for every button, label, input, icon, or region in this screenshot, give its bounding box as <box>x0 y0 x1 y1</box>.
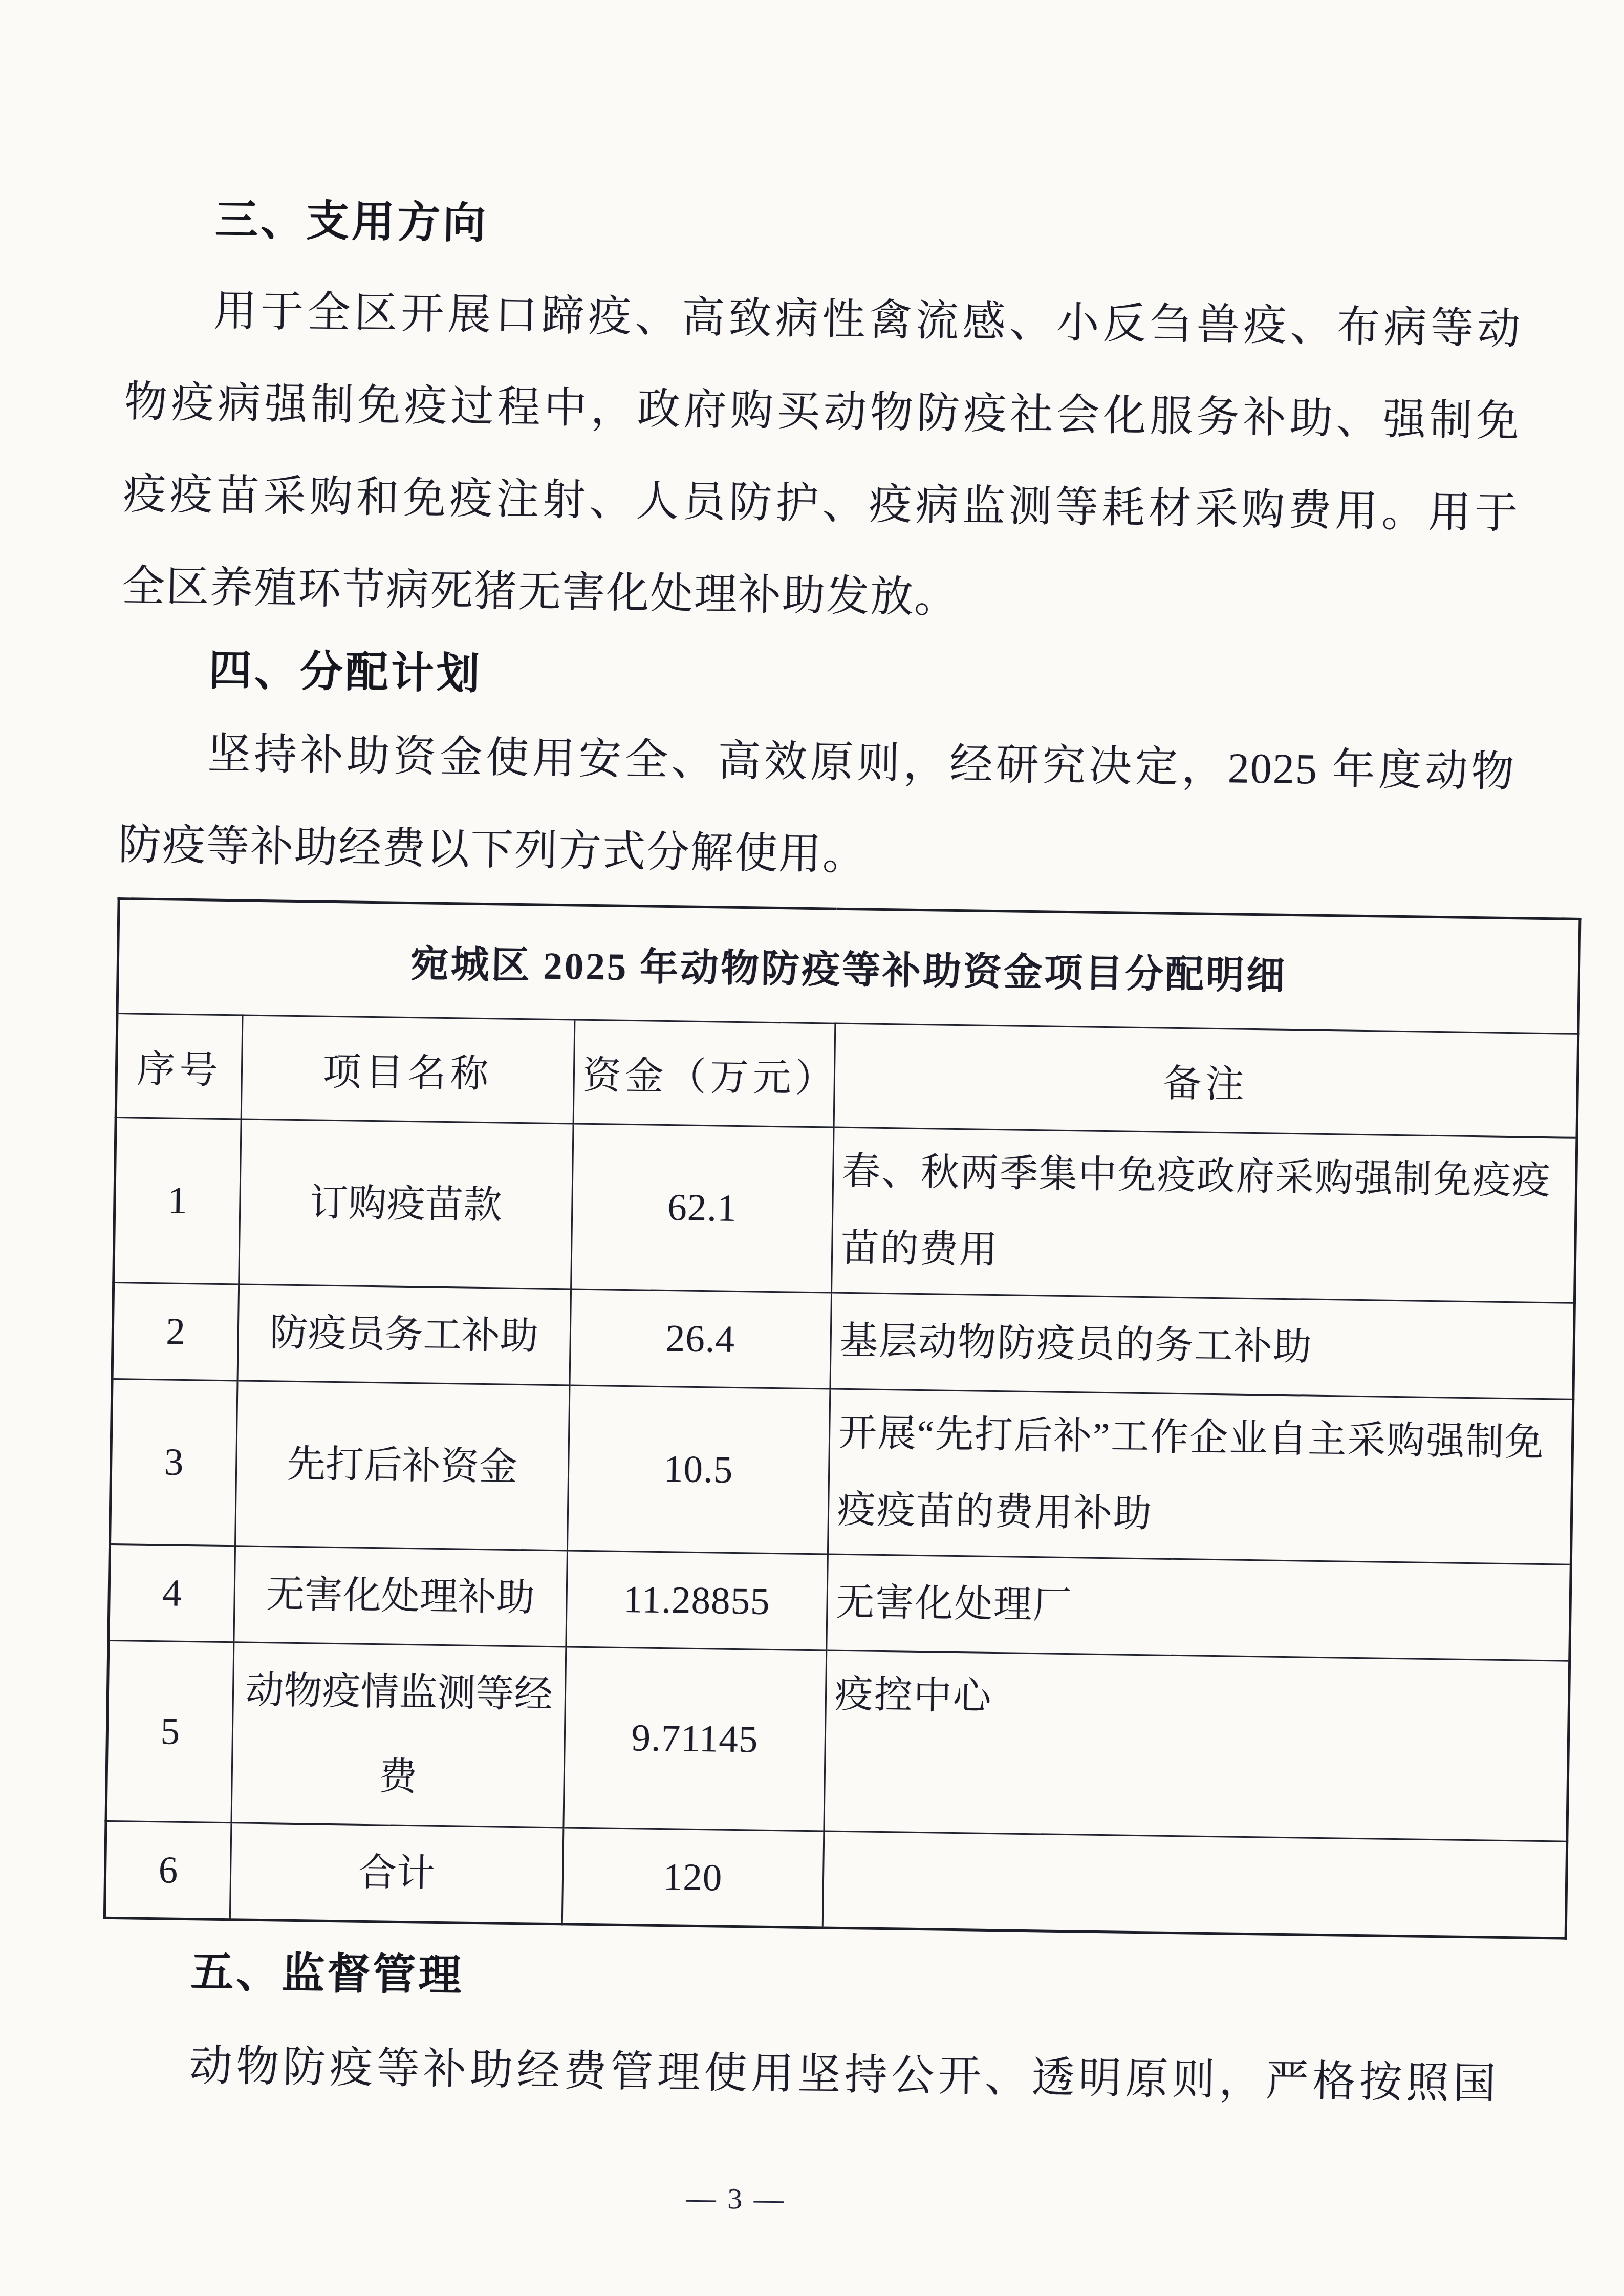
row-no: 2 <box>112 1282 239 1380</box>
paragraph-line: 防疫等补助经费以下列方式分解使用。 <box>118 799 1514 911</box>
row-amount: 10.5 <box>567 1385 830 1554</box>
row-no: 6 <box>104 1821 231 1919</box>
row-amount: 11.28855 <box>566 1551 828 1650</box>
column-header-no: 序号 <box>116 1014 242 1119</box>
table-header-row: 序号 项目名称 资金（万元） 备注 <box>116 1014 1578 1138</box>
allocation-table: 宛城区 2025 年动物防疫等补助资金项目分配明细 序号 项目名称 资金（万元）… <box>103 897 1582 1940</box>
paragraph-line: 动物防疫等补助经费管理使用坚持公开、透明原则，严格按照国 <box>101 2019 1498 2131</box>
row-no: 1 <box>114 1118 241 1284</box>
table-row: 6 合计 120 <box>104 1821 1567 1938</box>
table-title: 宛城区 2025 年动物防疫等补助资金项目分配明细 <box>117 899 1580 1034</box>
row-project-name: 订购疫苗款 <box>239 1119 573 1289</box>
table-row: 1 订购疫苗款 62.1 春、秋两季集中免疫政府采购强制免疫疫苗的费用 <box>114 1118 1577 1303</box>
row-no: 4 <box>109 1544 235 1642</box>
column-header-amount: 资金（万元） <box>573 1020 835 1127</box>
section5-paragraph: 动物防疫等补助经费管理使用坚持公开、透明原则，严格按照国 <box>101 2019 1498 2131</box>
row-project-name: 先打后补资金 <box>235 1381 569 1551</box>
page-content: 三、支用方向 用于全区开展口蹄疫、高致病性禽流感、小反刍兽疫、布病等动 物疫病强… <box>0 0 1624 2228</box>
row-project-name: 防疫员务工补助 <box>237 1284 571 1385</box>
table-title-row: 宛城区 2025 年动物防疫等补助资金项目分配明细 <box>117 899 1580 1034</box>
row-amount: 120 <box>562 1828 824 1928</box>
scanned-page: 三、支用方向 用于全区开展口蹄疫、高致病性禽流感、小反刍兽疫、布病等动 物疫病强… <box>0 0 1624 2228</box>
section3-heading: 三、支用方向 <box>127 192 1523 263</box>
row-project-name: 动物疫情监测等经费 <box>231 1642 566 1828</box>
row-amount: 62.1 <box>571 1124 833 1293</box>
table-row: 5 动物疫情监测等经费 9.71145 疫控中心 <box>106 1640 1570 1841</box>
row-remark: 疫控中心 <box>824 1650 1570 1841</box>
table-row: 3 先打后补资金 10.5 开展“先打后补”工作企业自主采购强制免疫疫苗的费用补… <box>110 1379 1573 1564</box>
row-project-name: 合计 <box>230 1823 564 1924</box>
section5-heading: 五、监督管理 <box>102 1945 1499 2015</box>
row-remark: 无害化处理厂 <box>826 1554 1571 1661</box>
section4-heading: 四、分配计划 <box>120 643 1517 714</box>
row-amount: 26.4 <box>570 1289 832 1389</box>
column-header-remark: 备注 <box>834 1023 1578 1138</box>
paragraph-line: 全区养殖环节病死猪无害化处理补助发放。 <box>121 541 1518 652</box>
row-no: 3 <box>110 1379 237 1546</box>
row-amount: 9.71145 <box>564 1647 827 1831</box>
row-remark: 春、秋两季集中免疫政府采购强制免疫疫苗的费用 <box>831 1127 1577 1303</box>
page-number: — 3 — <box>99 2173 1373 2225</box>
row-remark: 开展“先打后补”工作企业自主采购强制免疫疫苗的费用补助 <box>828 1389 1573 1564</box>
row-remark: 基层动物防疫员的务工补助 <box>830 1293 1575 1399</box>
section4-paragraph: 坚持补助资金使用安全、高效原则，经研究决定，2025 年度动物 防疫等补助经费以… <box>118 707 1516 911</box>
row-project-name: 无害化处理补助 <box>234 1546 567 1647</box>
column-header-name: 项目名称 <box>241 1015 575 1124</box>
row-remark <box>822 1831 1567 1938</box>
row-no: 5 <box>106 1640 234 1822</box>
section3-paragraph: 用于全区开展口蹄疫、高致病性禽流感、小反刍兽疫、布病等动 物疫病强制免疫过程中，… <box>121 264 1522 652</box>
